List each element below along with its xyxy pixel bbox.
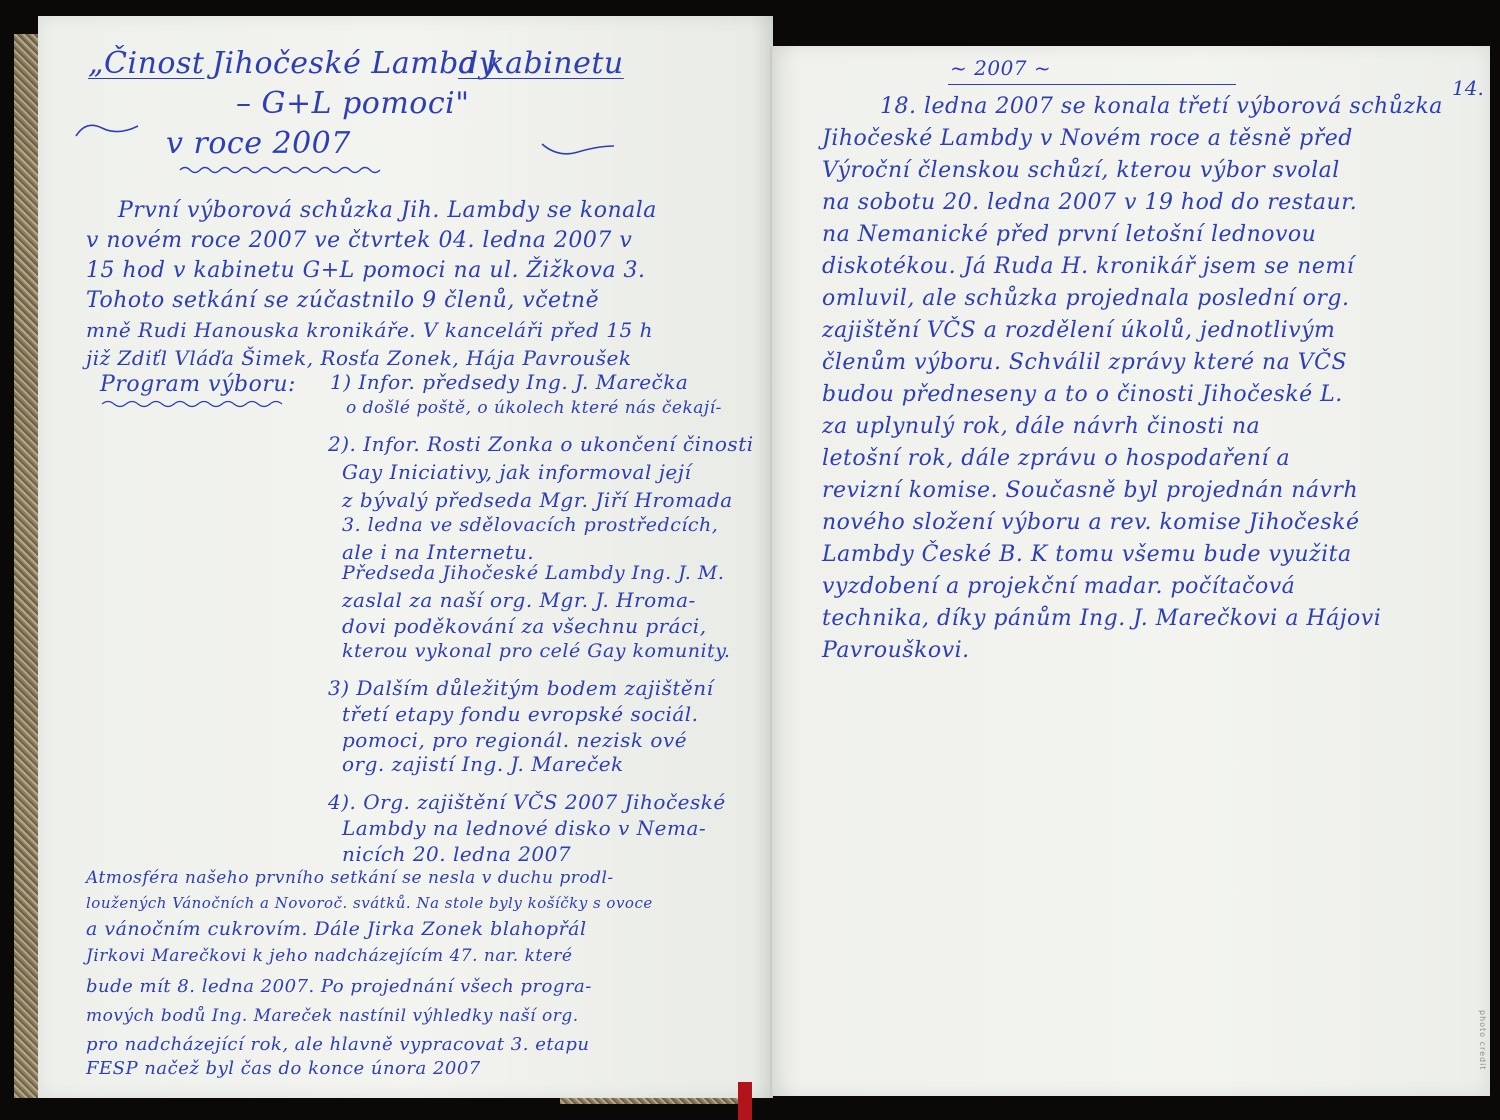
closing-line: pro nadcházející rok, ale hlavně vypraco… — [86, 1034, 589, 1055]
intro-line: již Zdiťl Vláďa Šimek, Rosťa Zonek, Hája… — [86, 346, 631, 370]
title-a-kabinetu: a kabinetu — [458, 46, 624, 81]
right-header-underline — [948, 84, 1236, 85]
program-line: ale i na Internetu. — [342, 540, 534, 564]
right-line: zajištění VČS a rozdělení úkolů, jednotl… — [822, 318, 1335, 343]
right-line: za uplynulý rok, dále návrh činosti na — [822, 414, 1260, 439]
closing-line: mových bodů Ing. Mareček nastínil výhled… — [86, 1006, 579, 1026]
closing-line: Atmosféra našeho prvního setkání se nesl… — [86, 868, 614, 888]
closing-line: bude mít 8. ledna 2007. Po projednání vš… — [86, 976, 592, 997]
right-line: na Nemanické před první letošní lednovou — [822, 222, 1316, 247]
program-line: o došlé poště, o úkolech které nás čekaj… — [346, 398, 722, 418]
right-line: omluvil, ale schůzka projednala poslední… — [822, 286, 1349, 311]
title-g-l-pomoci: – G+L pomoci" — [236, 86, 470, 121]
right-line: letošní rok, dále zprávu o hospodaření a — [822, 446, 1290, 471]
program-wavy-underline-icon — [100, 398, 290, 410]
intro-line: 15 hod v kabinetu G+L pomoci na ul. Žižk… — [86, 258, 646, 283]
right-line: nového složení výboru a rev. komise Jiho… — [822, 510, 1360, 535]
program-line: 3. ledna ve sdělovacích prostředcích, — [342, 514, 718, 536]
photo-watermark: photo credit — [1478, 1010, 1487, 1071]
intro-line: v novém roce 2007 ve čtvrtek 04. ledna 2… — [86, 228, 632, 253]
title-jihoceske-lambdy: Jihočeské Lambdy — [212, 46, 496, 81]
closing-line: loužených Vánočních a Novoroč. svátků. N… — [86, 894, 653, 912]
closing-line: FESP načež byl čas do konce února 2007 — [86, 1058, 481, 1079]
right-line: 18. ledna 2007 se konala třetí výborová … — [880, 94, 1443, 119]
bookmark-ribbon — [738, 1082, 752, 1120]
program-line: org. zajistí Ing. J. Mareček — [342, 752, 624, 776]
flourish-right-icon — [538, 138, 618, 160]
right-page-header: ~ 2007 ~ — [950, 56, 1051, 80]
program-line: 3) Dalším důležitým bodem zajištění — [328, 676, 714, 700]
closing-line: a vánočním cukrovím. Dále Jirka Zonek bl… — [86, 918, 587, 940]
title-year: v roce 2007 — [166, 126, 351, 161]
program-label: Program výboru: — [100, 372, 296, 397]
right-line: technika, díky pánům Ing. J. Marečkovi a… — [822, 606, 1381, 631]
intro-line: Tohoto setkání se zúčastnilo 9 členů, vč… — [86, 288, 599, 313]
right-line: Pavrouškovi. — [822, 638, 970, 663]
intro-line: První výborová schůzka Jih. Lambdy se ko… — [118, 198, 657, 223]
program-line: zaslal za naší org. Mgr. J. Hroma- — [342, 588, 696, 612]
right-line: diskotékou. Já Ruda H. kronikář jsem se … — [822, 254, 1354, 279]
title-word-cinost: „Činost — [88, 46, 204, 81]
program-line: z bývalý předseda Mgr. Jiří Hromada — [342, 488, 733, 512]
right-line: členům výboru. Schválil zprávy které na … — [822, 350, 1347, 375]
right-line: Lambdy České B. K tomu všemu bude využit… — [822, 542, 1352, 567]
program-line: Gay Iniciativy, jak informoval její — [342, 460, 691, 484]
program-line: pomoci, pro regionál. nezisk ové — [342, 728, 687, 752]
program-line: kterou vykonal pro celé Gay komunity. — [342, 640, 730, 662]
program-line: 1) Infor. předsedy Ing. J. Marečka — [330, 370, 688, 394]
right-line: na sobotu 20. ledna 2007 v 19 hod do res… — [822, 190, 1357, 215]
right-line: budou předneseny a to o činosti Jihočesk… — [822, 382, 1343, 407]
program-line: 2). Infor. Rosti Zonka o ukončení činost… — [328, 432, 754, 456]
book-gutter — [770, 46, 772, 1096]
program-line: třetí etapy fondu evropské sociál. — [342, 702, 699, 726]
program-line: nicích 20. ledna 2007 — [342, 842, 571, 866]
program-line: 4). Org. zajištění VČS 2007 Jihočeské — [328, 790, 726, 814]
closing-line: Jirkovi Marečkovi k jeho nadcházejícím 4… — [86, 946, 572, 966]
program-line: dovi poděkování za všechnu práci, — [342, 614, 707, 638]
title-wavy-underline-icon — [178, 162, 388, 176]
program-line: Lambdy na lednové disko v Nema- — [342, 816, 706, 840]
intro-line: mně Rudi Hanouska kronikáře. V kanceláři… — [86, 318, 653, 342]
right-line: Výroční členskou schůzí, kterou výbor sv… — [822, 158, 1340, 183]
page-number: 14. — [1452, 76, 1484, 100]
right-line: revizní komise. Současně byl projednán n… — [822, 478, 1358, 503]
flourish-left-icon — [72, 118, 142, 140]
right-line: vyzdobení a projekční madar. počítačová — [822, 574, 1295, 599]
right-line: Jihočeské Lambdy v Novém roce a těsně př… — [822, 126, 1353, 151]
program-line: Předseda Jihočeské Lambdy Ing. J. M. — [342, 562, 724, 584]
